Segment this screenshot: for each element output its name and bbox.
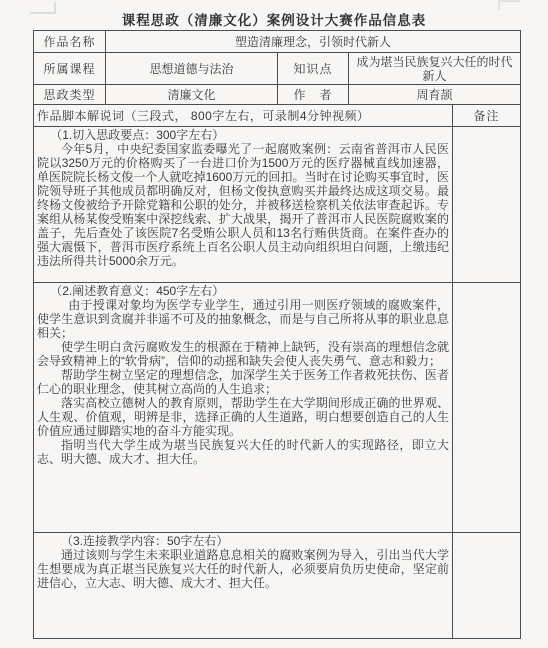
section-3-content: （3.连接教学内容：50字左右） 通过该则与学生未来职业道路息息相关的腐败案例为… (34, 533, 453, 639)
document-page: 课程思政（清廉文化）案例设计大赛作品信息表 作品名称 塑造清廉理念，引领时代新人… (0, 0, 548, 648)
row-course-knowledge: 所属课程 思想道德与法治 知识点 成为堪当民族复兴大任的时代新人 (34, 53, 521, 85)
row-section-3: （3.连接教学内容：50字左右） 通过该则与学生未来职业道路息息相关的腐败案例为… (34, 533, 521, 639)
section-1-heading: （1.切入思政要点：300字左右） (37, 128, 449, 142)
section-3-remarks-cell (453, 533, 521, 639)
section-2-paragraph: 指明当代大学生成为堪当民族复兴大任的时代新人的实现路径，即立大志、明大德、成大才… (37, 438, 449, 466)
work-name-label: 作品名称 (34, 31, 106, 53)
row-section-1: （1.切入思政要点：300字左右） 今年5月，中央纪委国家监委曝光了一起腐败案例… (34, 127, 521, 283)
section-1-paragraph: 今年5月，中央纪委国家监委曝光了一起腐败案例：云南省普洱市人民医院以3250万元… (37, 142, 449, 268)
work-name-value: 塑造清廉理念，引领时代新人 (106, 31, 521, 53)
section-2-heading: （2.阐述教育意义：450字左右） (37, 284, 449, 298)
row-work-name: 作品名称 塑造清廉理念，引领时代新人 (34, 31, 521, 53)
course-label: 所属课程 (34, 53, 106, 85)
section-2-paragraph: 落实高校立德树人的教育原则，帮助学生在大学期间形成正确的世界观、人生观、价值观，… (37, 396, 449, 438)
row-section-2: （2.阐述教育意义：450字左右） 由于授课对象均为医学专业学生，通过引用一则医… (34, 283, 521, 533)
row-script-header: 作品脚本解说词（三段式， 800字左右，可录制4分钟视频） 备注 (34, 105, 521, 127)
author-value: 周育颉 (349, 85, 521, 105)
section-2-paragraph: 帮助学生树立坚定的理想信念，加深学生关于医务工作者救死扶伤、医者仁心的职业理念，… (37, 368, 449, 396)
ideology-type-value: 清廉文化 (106, 85, 278, 105)
section-3-paragraph: 通过该则与学生未来职业道路息息相关的腐败案例为导入，引出当代大学生想要成为真正堪… (37, 548, 449, 590)
remarks-header: 备注 (453, 105, 521, 127)
script-header: 作品脚本解说词（三段式， 800字左右，可录制4分钟视频） (34, 105, 453, 127)
ideology-type-label: 思政类型 (34, 85, 106, 105)
section-3-heading: （3.连接教学内容：50字左右） (37, 534, 449, 548)
author-label: 作 者 (278, 85, 349, 105)
knowledge-point-value: 成为堪当民族复兴大任的时代新人 (349, 53, 521, 85)
section-1-content: （1.切入思政要点：300字左右） 今年5月，中央纪委国家监委曝光了一起腐败案例… (34, 127, 453, 283)
document-title: 课程思政（清廉文化）案例设计大赛作品信息表 (0, 9, 548, 29)
section-2-paragraph: 使学生明白贪污腐败发生的根源在于精神上缺钙，没有崇高的理想信念就会导致精神上的“… (37, 340, 449, 368)
knowledge-point-label: 知识点 (278, 53, 349, 85)
info-table: 作品名称 塑造清廉理念，引领时代新人 所属课程 思想道德与法治 知识点 成为堪当… (33, 30, 521, 639)
course-value: 思想道德与法治 (106, 53, 278, 85)
section-2-remarks-cell (453, 283, 521, 533)
row-type-author: 思政类型 清廉文化 作 者 周育颉 (34, 85, 521, 105)
section-1-remarks-cell (453, 127, 521, 283)
section-2-paragraph: 由于授课对象均为医学专业学生，通过引用一则医疗领域的腐败案件，使学生意识到贪腐并… (37, 298, 449, 340)
section-2-content: （2.阐述教育意义：450字左右） 由于授课对象均为医学专业学生，通过引用一则医… (34, 283, 453, 533)
